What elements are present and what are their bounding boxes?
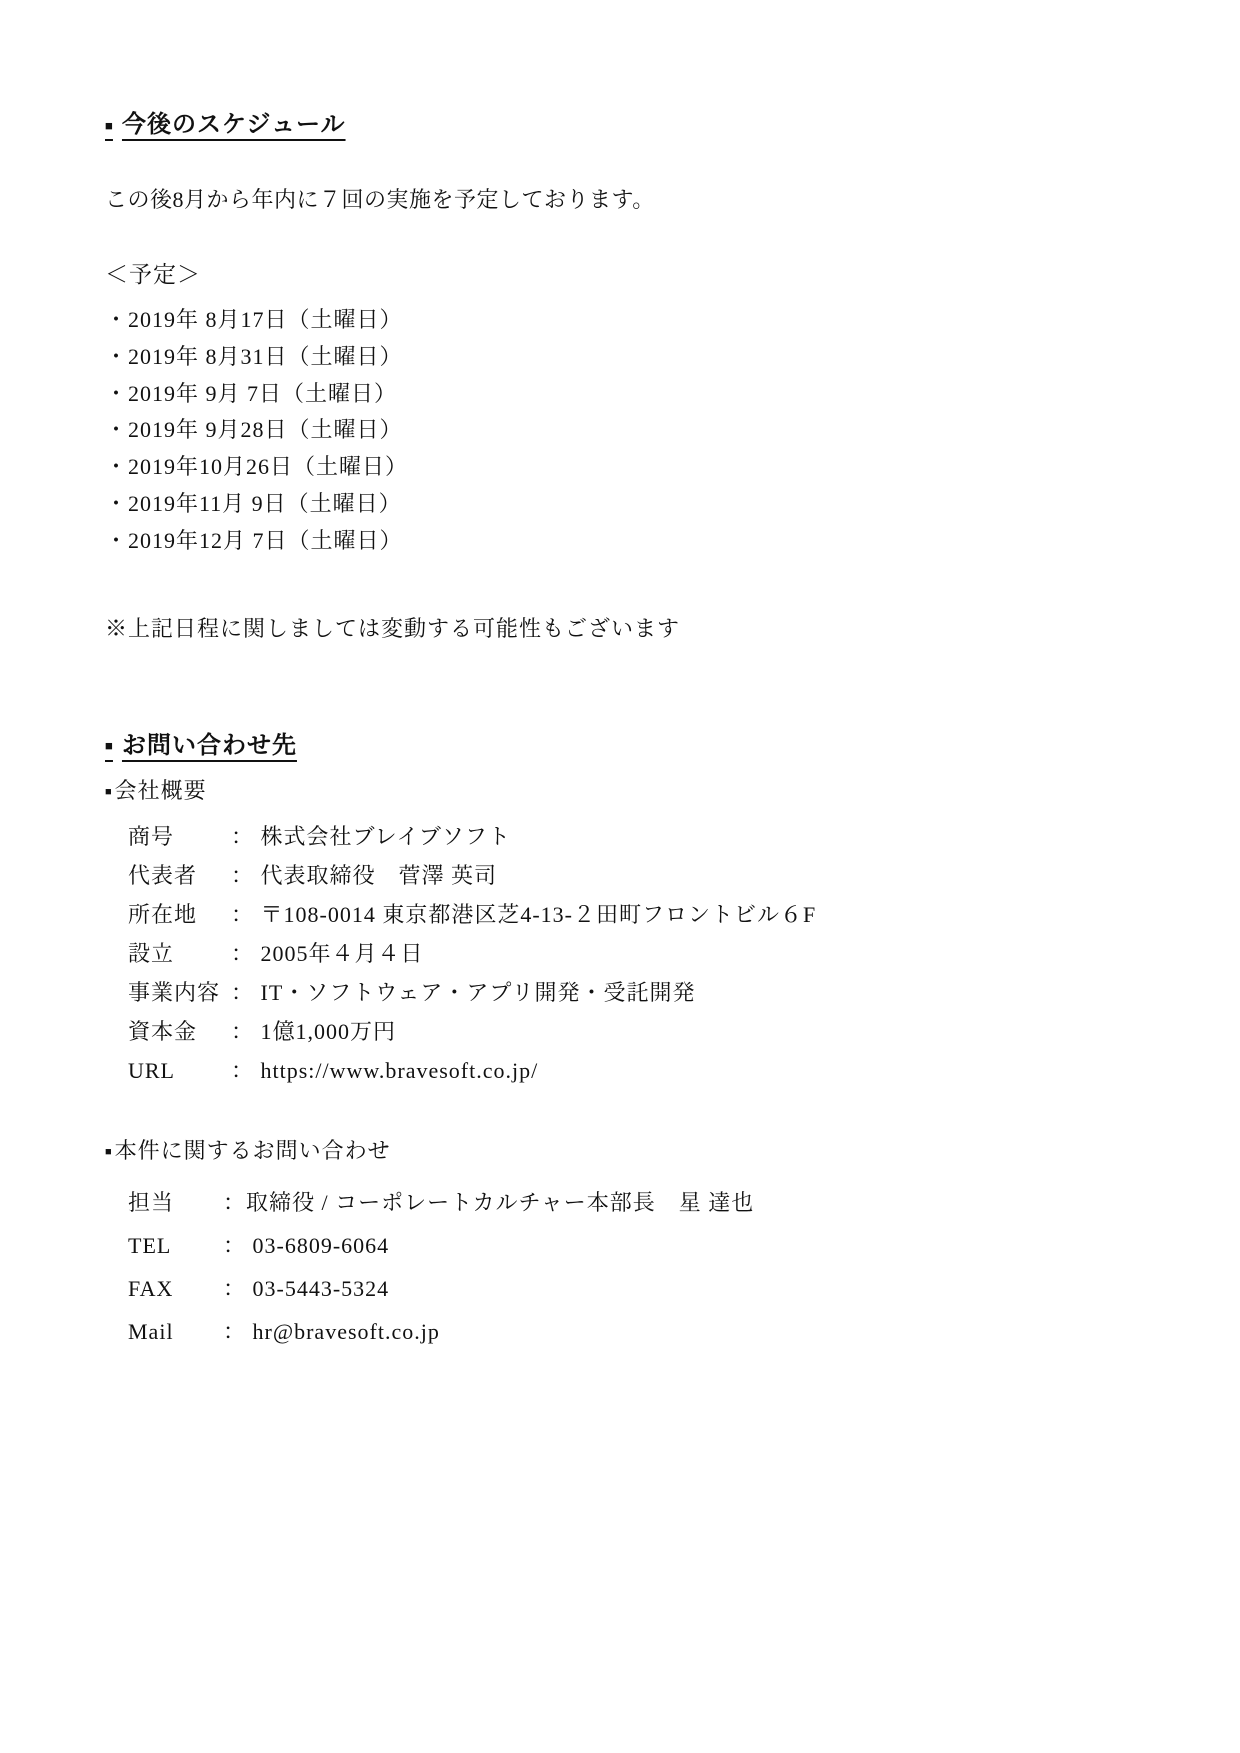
document-page: ■今後のスケジュール この後8月から年内に７回の実施を予定しております。 ＜予定…: [0, 0, 1240, 1753]
row-value: 株式会社ブレイブソフト: [254, 817, 511, 856]
row-label: 資本金: [128, 1012, 231, 1051]
row-value: https://www.bravesoft.co.jp/: [254, 1051, 538, 1090]
schedule-heading: ■今後のスケジュール: [105, 104, 346, 139]
row-value: 〒108-0014 東京都港区芝4-13-２田町フロントビル６F: [254, 895, 816, 934]
schedule-note: ※上記日程に関しましては変動する可能性もございます: [105, 612, 1170, 643]
contact-section: ■お問い合わせ先 ■会社概要 商号： 株式会社ブレイブソフト 代表者： 代表取締…: [105, 725, 1170, 1353]
row-colon: ：: [223, 1310, 246, 1353]
row-label: 担当: [128, 1181, 223, 1224]
row-label: URL: [128, 1051, 231, 1090]
row-value: 2005年４月４日: [254, 934, 424, 973]
row-label: 事業内容: [128, 973, 231, 1012]
row-value: 代表取締役 菅澤 英司: [254, 856, 497, 895]
table-row: 代表者： 代表取締役 菅澤 英司: [128, 856, 1170, 895]
table-row: FAX： 03-5443-5324: [128, 1267, 1170, 1310]
square-bullet-icon: ■: [105, 786, 113, 798]
row-colon: ：: [231, 934, 254, 973]
table-row: TEL： 03-6809-6064: [128, 1224, 1170, 1267]
row-colon: ：: [231, 1051, 254, 1090]
table-row: URL： https://www.bravesoft.co.jp/: [128, 1051, 1170, 1090]
row-label: FAX: [128, 1267, 223, 1310]
inquiry-subheading: ■本件に関するお問い合わせ: [105, 1134, 1170, 1165]
row-value: 取締役 / コーポレートカルチャー本部長 星 達也: [246, 1181, 754, 1224]
list-item: ・2019年 8月17日（土曜日）: [105, 302, 1170, 339]
list-item: ・2019年10月26日（土曜日）: [105, 449, 1170, 486]
square-bullet-icon: ■: [105, 1146, 113, 1158]
row-colon: ：: [231, 817, 254, 856]
list-item: ・2019年 9月 7日（土曜日）: [105, 376, 1170, 413]
row-label: 商号: [128, 817, 231, 856]
row-colon: ：: [223, 1181, 246, 1224]
row-value: 03-6809-6064: [246, 1224, 389, 1267]
schedule-heading-text: 今後のスケジュール: [122, 112, 346, 138]
contact-heading-text: お問い合わせ先: [122, 733, 297, 759]
contact-heading: ■お問い合わせ先: [105, 725, 297, 760]
table-row: 資本金： 1億1,000万円: [128, 1012, 1170, 1051]
company-overview-subheading: ■会社概要: [105, 774, 1170, 805]
table-row: 所在地： 〒108-0014 東京都港区芝4-13-２田町フロントビル６F: [128, 895, 1170, 934]
company-rows: 商号： 株式会社ブレイブソフト 代表者： 代表取締役 菅澤 英司 所在地： 〒1…: [128, 817, 1170, 1090]
list-item: ・2019年 8月31日（土曜日）: [105, 339, 1170, 376]
row-value: IT・ソフトウェア・アプリ開発・受託開発: [254, 973, 696, 1012]
row-label: 所在地: [128, 895, 231, 934]
table-row: Mail： hr@bravesoft.co.jp: [128, 1310, 1170, 1353]
table-row: 設立： 2005年４月４日: [128, 934, 1170, 973]
inquiry-subheading-text: 本件に関するお問い合わせ: [115, 1138, 391, 1163]
row-colon: ：: [231, 856, 254, 895]
row-colon: ：: [231, 973, 254, 1012]
row-value: 03-5443-5324: [246, 1267, 389, 1310]
inquiry-rows: 担当：取締役 / コーポレートカルチャー本部長 星 達也 TEL： 03-680…: [128, 1181, 1170, 1353]
square-bullet-icon: ■: [105, 738, 113, 753]
list-item: ・2019年 9月28日（土曜日）: [105, 412, 1170, 449]
table-row: 商号： 株式会社ブレイブソフト: [128, 817, 1170, 856]
company-overview-subheading-text: 会社概要: [115, 778, 207, 803]
table-row: 担当：取締役 / コーポレートカルチャー本部長 星 達也: [128, 1181, 1170, 1224]
date-list: ・2019年 8月17日（土曜日） ・2019年 8月31日（土曜日） ・201…: [105, 302, 1170, 560]
row-value: 1億1,000万円: [254, 1012, 396, 1051]
row-label: 代表者: [128, 856, 231, 895]
inquiry-section: ■本件に関するお問い合わせ 担当：取締役 / コーポレートカルチャー本部長 星 …: [105, 1134, 1170, 1353]
square-bullet-icon: ■: [105, 118, 113, 133]
row-value: hr@bravesoft.co.jp: [246, 1310, 440, 1353]
row-colon: ：: [231, 1012, 254, 1051]
schedule-section: ■今後のスケジュール この後8月から年内に７回の実施を予定しております。 ＜予定…: [105, 104, 1170, 643]
row-colon: ：: [231, 895, 254, 934]
row-label: 設立: [128, 934, 231, 973]
schedule-intro-text: この後8月から年内に７回の実施を予定しております。: [105, 183, 1170, 214]
list-item: ・2019年12月 7日（土曜日）: [105, 523, 1170, 560]
row-colon: ：: [223, 1224, 246, 1267]
row-label: TEL: [128, 1224, 223, 1267]
plan-label: ＜予定＞: [105, 256, 1170, 289]
row-label: Mail: [128, 1310, 223, 1353]
row-colon: ：: [223, 1267, 246, 1310]
list-item: ・2019年11月 9日（土曜日）: [105, 486, 1170, 523]
table-row: 事業内容： IT・ソフトウェア・アプリ開発・受託開発: [128, 973, 1170, 1012]
document-content: ■今後のスケジュール この後8月から年内に７回の実施を予定しております。 ＜予定…: [0, 0, 1240, 1353]
